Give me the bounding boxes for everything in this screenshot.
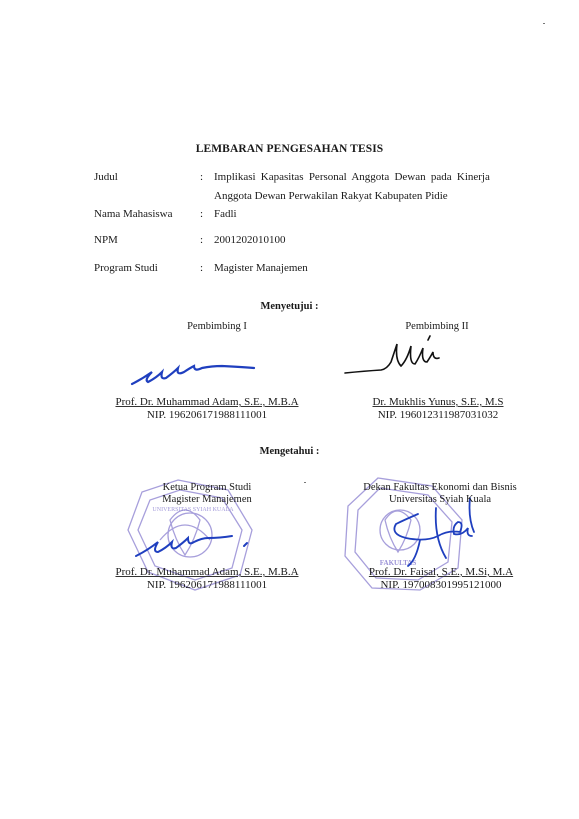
field-label-npm: NPM: [94, 234, 118, 246]
signature-adam-1-icon: [132, 366, 254, 384]
signer-name-pembimbing-1: Prof. Dr. Muhammad Adam, S.E., M.B.A: [97, 396, 317, 408]
signature-mukhlis-icon: [345, 336, 439, 373]
signer-role-dekan-line2: Universitas Syiah Kuala: [330, 494, 550, 505]
signer-nip-kaprodi: NIP. 196206171988111001: [97, 579, 317, 591]
field-value-judul-line2: Anggota Dewan Perwakilan Rakyat Kabupate…: [214, 190, 448, 202]
field-label-nama: Nama Mahasiswa: [94, 208, 173, 220]
scan-speck: [543, 23, 545, 24]
field-value-judul-line1: Implikasi Kapasitas Personal Anggota Dew…: [214, 171, 490, 183]
approval-heading: Menyetujui :: [0, 301, 579, 312]
signer-name-pembimbing-2: Dr. Mukhlis Yunus, S.E., M.S: [328, 396, 548, 408]
signer-name-kaprodi: Prof. Dr. Muhammad Adam, S.E., M.B.A: [97, 566, 317, 578]
field-label-judul: Judul: [94, 171, 118, 183]
signer-role-kaprodi-line2: Magister Manajemen: [97, 494, 317, 505]
field-value-npm: 2001202010100: [214, 234, 286, 246]
signer-role-pembimbing-2: Pembimbing II: [327, 321, 547, 332]
signer-role-dekan-line1: Dekan Fakultas Ekonomi dan Bisnis: [330, 482, 550, 493]
signer-name-dekan: Prof. Dr. Faisal, S.E., M.Si, M.A: [331, 566, 551, 578]
signer-role-kaprodi-line1: Ketua Program Studi: [97, 482, 317, 493]
signature-faisal-icon: [394, 498, 474, 566]
signer-role-pembimbing-1: Pembimbing I: [107, 321, 327, 332]
field-value-prodi: Magister Manajemen: [214, 262, 308, 274]
field-separator: :: [200, 262, 203, 274]
field-separator: :: [200, 234, 203, 246]
field-value-nama: Fadli: [214, 208, 237, 220]
signer-nip-pembimbing-2: NIP. 196012311987031032: [328, 409, 548, 421]
field-separator: :: [200, 171, 203, 183]
signature-adam-2-icon: [136, 536, 247, 556]
document-title: LEMBARAN PENGESAHAN TESIS: [0, 143, 579, 155]
field-label-prodi: Program Studi: [94, 262, 158, 274]
signer-nip-pembimbing-1: NIP. 196206171988111001: [97, 409, 317, 421]
signer-nip-dekan: NIP. 197008301995121000: [331, 579, 551, 591]
left-stamp-text: UNIVERSITAS SYIAH KUALA: [152, 507, 234, 513]
acknowledgement-heading: Mengetahui :: [0, 446, 579, 457]
field-separator: :: [200, 208, 203, 220]
